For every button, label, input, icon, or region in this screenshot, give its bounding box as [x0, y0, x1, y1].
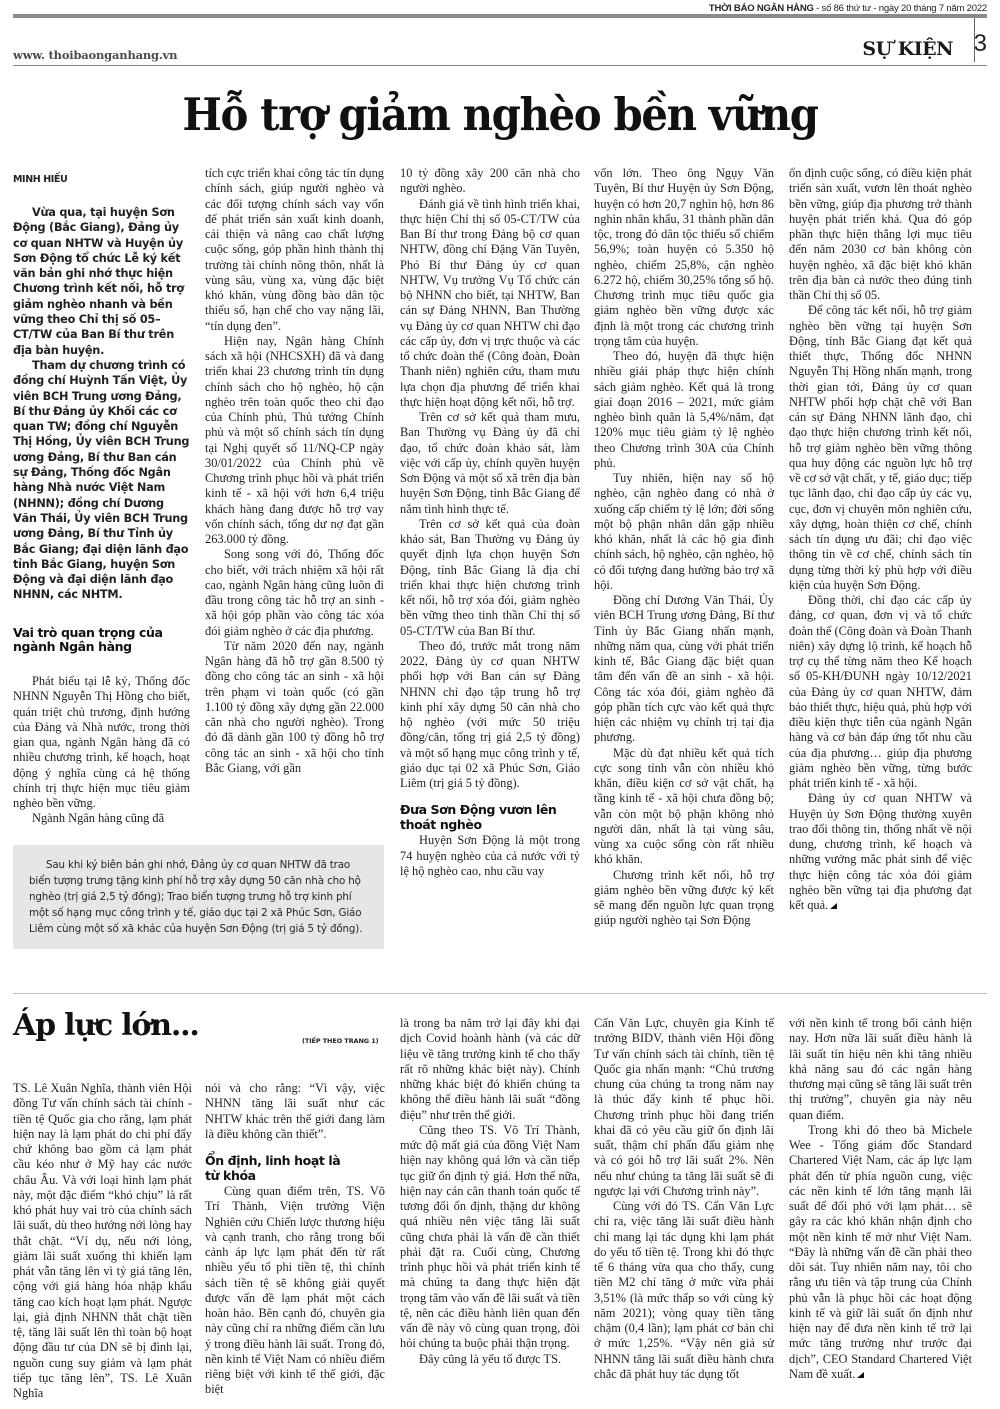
article1-subhead-2: Đưa Sơn Động vươn lên thoát nghèo [400, 803, 580, 832]
paragraph: Chương trình kết nối, hỗ trợ giảm nghèo … [594, 868, 774, 929]
lead-paragraph: Tham dự chương trình có đồng chí Huỳnh T… [13, 358, 190, 603]
paragraph: là trong ba năm trở lại đây khi đại dịch… [400, 1016, 580, 1123]
paragraph: Huyện Sơn Động là một trong 74 huyện ngh… [400, 833, 580, 879]
paragraph: tích cực triển khai công tác tín dụng ch… [205, 166, 384, 334]
paragraph: Để công tác kết nối, hỗ trợ giảm nghèo b… [789, 303, 972, 593]
paragraph-text: Trong khi đó theo bà Michele Wee - Tổng … [789, 1123, 972, 1381]
paragraph: nói và cho rằng: “Vì vậy, việc NHNN tăng… [205, 1081, 385, 1142]
paragraph: Từ năm 2020 đến nay, ngành Ngân hàng đã … [205, 639, 384, 776]
end-mark-icon [857, 1372, 864, 1378]
article1-column-5: ổn định cuộc sống, có điều kiện phát tri… [789, 166, 972, 913]
paragraph: Trên cơ sở kết quả của đoàn khảo sát, Ba… [400, 517, 580, 639]
article2-subhead-1: Ổn định, linh hoạt là từ khóa [205, 1154, 345, 1183]
paragraph: ổn định cuộc sống, có điều kiện phát tri… [789, 166, 972, 303]
masthead-line: THỜI BÁO NGÂN HÀNG - số 86 thứ tư - ngày… [13, 0, 987, 24]
page-number: 3 [974, 30, 987, 58]
paragraph: Ngành Ngân hàng cũng đã [13, 811, 190, 826]
paragraph-text: Đảng ủy cơ quan NHTW và Huyện ủy Sơn Độn… [789, 791, 972, 912]
paragraph: Trên cơ sở kết quả tham mưu, Ban Thường … [400, 410, 580, 517]
paragraph: Cùng với đó TS. Cấn Văn Lực chỉ ra, việc… [594, 1199, 774, 1382]
paragraph: Đây cũng là yếu tố được TS. [400, 1352, 580, 1367]
paragraph: Theo đó, trước mắt trong năm 2022, Đảng … [400, 639, 580, 792]
highlight-box: Sau khi ký biên bản ghi nhớ, Đảng ủy cơ … [13, 845, 384, 949]
paragraph: Đồng thời, chỉ đạo các cấp ủy đảng, cơ q… [789, 593, 972, 791]
article2-headline: Áp lực lớn... [13, 1008, 199, 1043]
site-url[interactable]: www. thoibaonganhang.vn [13, 48, 177, 62]
highlight-box-text: Sau khi ký biên bản ghi nhớ, Đảng ủy cơ … [29, 857, 374, 937]
paragraph: Cũng theo TS. Võ Trí Thành, mức độ mất g… [400, 1123, 580, 1352]
article1-column-3: 10 tỷ đồng xây 200 căn nhà cho người ngh… [400, 166, 580, 879]
article2-column-5: với nền kinh tế trong bối cảnh hiện nay.… [789, 1016, 972, 1382]
article2-column-3: là trong ba năm trở lại đây khi đại dịch… [400, 1016, 580, 1367]
paragraph: Cấn Văn Lực, chuyên gia Kinh tế trưởng B… [594, 1016, 774, 1199]
paragraph: TS. Lê Xuân Nghĩa, thành viên Hội đồng T… [13, 1081, 192, 1401]
article1-byline: MINH HIẾU [13, 174, 67, 185]
lead-paragraph: Vừa qua, tại huyện Sơn Động (Bắc Giang),… [13, 205, 190, 358]
paragraph: 10 tỷ đồng xây 200 căn nhà cho người ngh… [400, 166, 580, 197]
section-label: SỰ KIỆN [862, 38, 953, 60]
article2-column-4: Cấn Văn Lực, chuyên gia Kinh tế trưởng B… [594, 1016, 774, 1382]
continued-from-label[interactable]: (TIẾP THEO TRANG 1) [302, 1037, 379, 1045]
article1-lead: Vừa qua, tại huyện Sơn Động (Bắc Giang),… [13, 205, 190, 656]
paragraph: Theo đó, huyện đã thực hiện nhiều giải p… [594, 349, 774, 471]
article1-subhead-1: Vai trò quan trọng của ngành Ngân hàng [13, 626, 190, 655]
paragraph: Tuy nhiên, hiện nay số hộ nghèo, cận ngh… [594, 471, 774, 593]
article1-column-1: Phát biểu tại lễ ký, Thống đốc NHNN Nguy… [13, 674, 190, 827]
article1-column-4: vốn lớn. Theo ông Ngụy Văn Tuyên, Bí thư… [594, 166, 774, 929]
article1-column-2: tích cực triển khai công tác tín dụng ch… [205, 166, 384, 776]
paragraph: Cùng quan điểm trên, TS. Võ Trí Thành, V… [205, 1184, 385, 1398]
paragraph: Hiện nay, Ngân hàng Chính sách xã hội (N… [205, 334, 384, 548]
paragraph: Trong khi đó theo bà Michele Wee - Tổng … [789, 1123, 972, 1382]
masthead-issue: - số 86 thứ tư - ngày 20 tháng 7 năm 202… [814, 3, 987, 14]
article2-column-1: TS. Lê Xuân Nghĩa, thành viên Hội đồng T… [13, 1081, 192, 1401]
paragraph: vốn lớn. Theo ông Ngụy Văn Tuyên, Bí thư… [594, 166, 774, 349]
paragraph: Đồng chí Dương Văn Thái, Ủy viên BCH Tru… [594, 593, 774, 746]
paragraph: Song song với đó, Thống đốc cho biết, vớ… [205, 547, 384, 639]
article2-column-2: nói và cho rằng: “Vì vậy, việc NHNN tăng… [205, 1081, 385, 1398]
paragraph: Phát biểu tại lễ ký, Thống đốc NHNN Nguy… [13, 674, 190, 811]
end-mark-icon [830, 903, 837, 909]
paragraph: Đánh giá về tình hình triển khai, thực h… [400, 197, 580, 411]
paragraph: với nền kinh tế trong bối cảnh hiện nay.… [789, 1016, 972, 1123]
masthead: THỜI BÁO NGÂN HÀNG - số 86 thứ tư - ngày… [709, 3, 987, 14]
article-separator [13, 993, 987, 994]
article1-headline: Hỗ trợ giảm nghèo bền vững [35, 88, 965, 141]
paragraph: Đảng ủy cơ quan NHTW và Huyện ủy Sơn Độn… [789, 791, 972, 913]
header-bar [13, 14, 987, 18]
paragraph: Mặc dù đạt nhiều kết quả tích cực song t… [594, 746, 774, 868]
masthead-name: THỜI BÁO NGÂN HÀNG [709, 3, 814, 14]
header-rule [13, 65, 987, 66]
